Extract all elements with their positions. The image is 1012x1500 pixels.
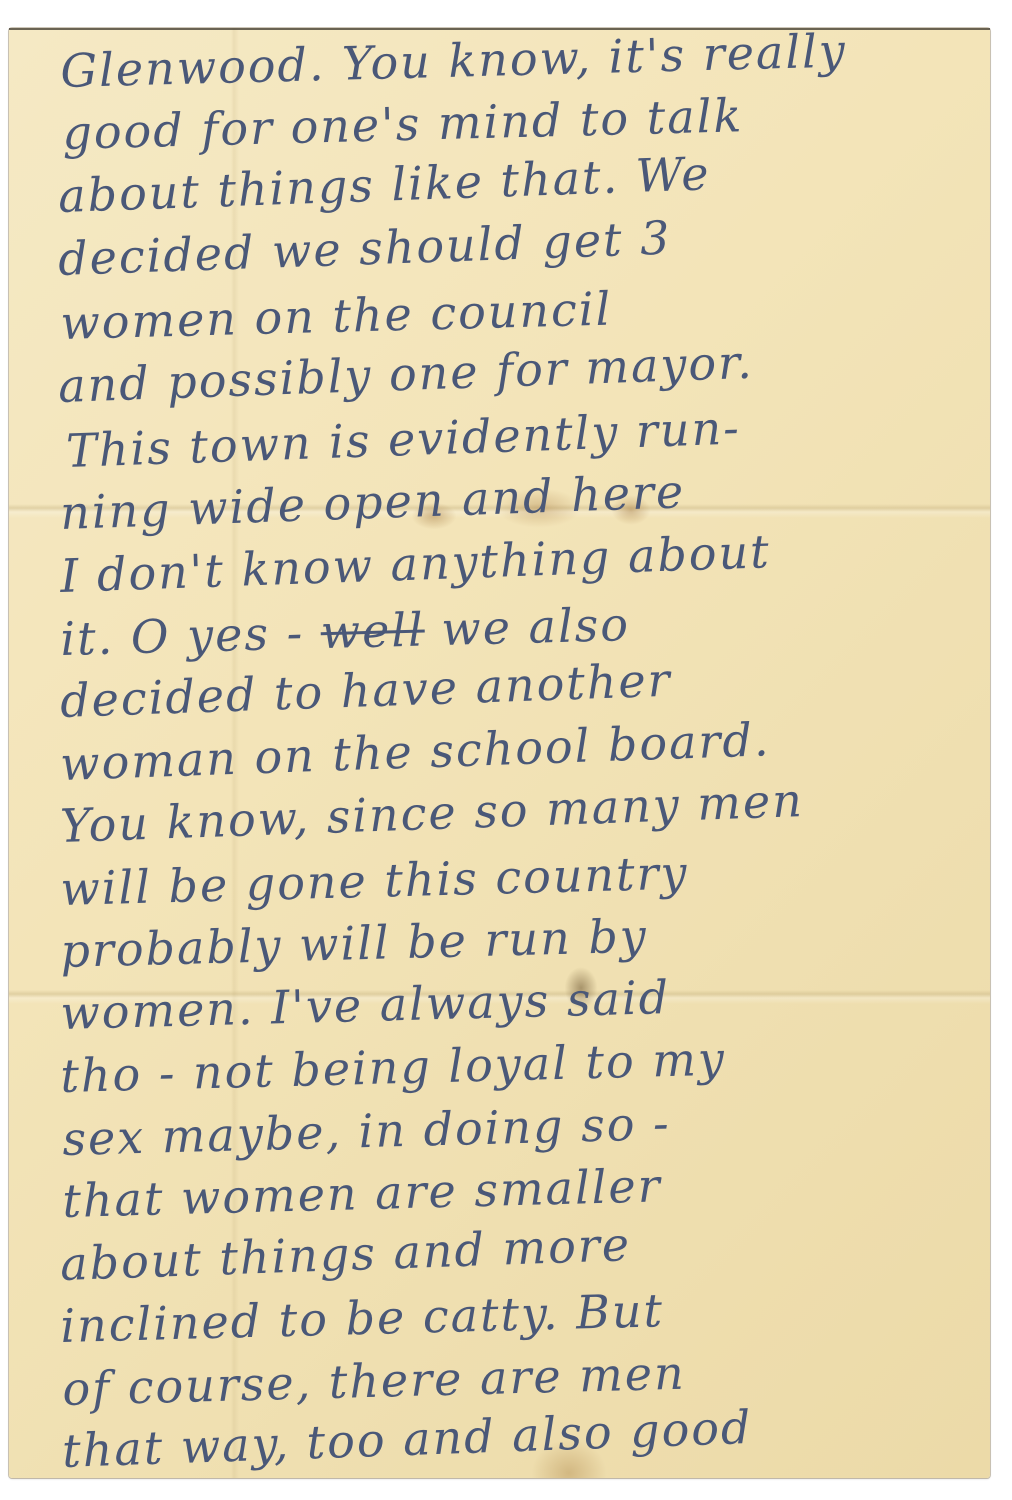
text-line-22: of course, there are men	[62, 1350, 686, 1412]
text-line-3: about things like that. We	[57, 150, 711, 219]
text-line-23: that way, too and also good	[61, 1404, 753, 1474]
text-line-2: good for one's mind to talk	[62, 92, 744, 156]
text-line-11: decided to have another	[59, 657, 672, 724]
text-line-6: and possibly one for mayor.	[57, 339, 754, 409]
text-line-4: decided we should get 3	[57, 215, 672, 282]
text-line-8: ning wide open and here	[59, 468, 685, 536]
text-line-21: inclined to be catty. But	[60, 1287, 665, 1349]
text-line-5: women on the council	[60, 286, 613, 346]
letter-page: Glenwood. You know, it's really good for…	[9, 28, 990, 1478]
text-line-10-after: we also	[424, 597, 631, 656]
text-line-12: woman on the school board.	[59, 716, 771, 787]
text-line-13: You know, since so many men	[59, 777, 804, 849]
text-line-17: tho - not being loyal to my	[60, 1036, 727, 1099]
text-line-16: women. I've always said	[60, 974, 671, 1036]
text-line-9: I don't know anything about	[59, 528, 771, 599]
text-line-1: Glenwood. You know, it's really	[60, 27, 847, 94]
text-line-10: it. O yes - well we also	[60, 601, 631, 662]
text-line-18: sex maybe, in doing so -	[62, 1100, 671, 1162]
text-line-14: will be gone this country	[60, 850, 689, 912]
text-line-19: that women are smaller	[62, 1162, 662, 1224]
text-line-7: This town is evidently run-	[65, 404, 741, 474]
text-line-15: probably will be run by	[60, 913, 649, 974]
text-line-10-before: it. O yes -	[60, 605, 322, 666]
struck-word: well	[320, 602, 425, 659]
text-line-20: about things and more	[59, 1221, 631, 1287]
